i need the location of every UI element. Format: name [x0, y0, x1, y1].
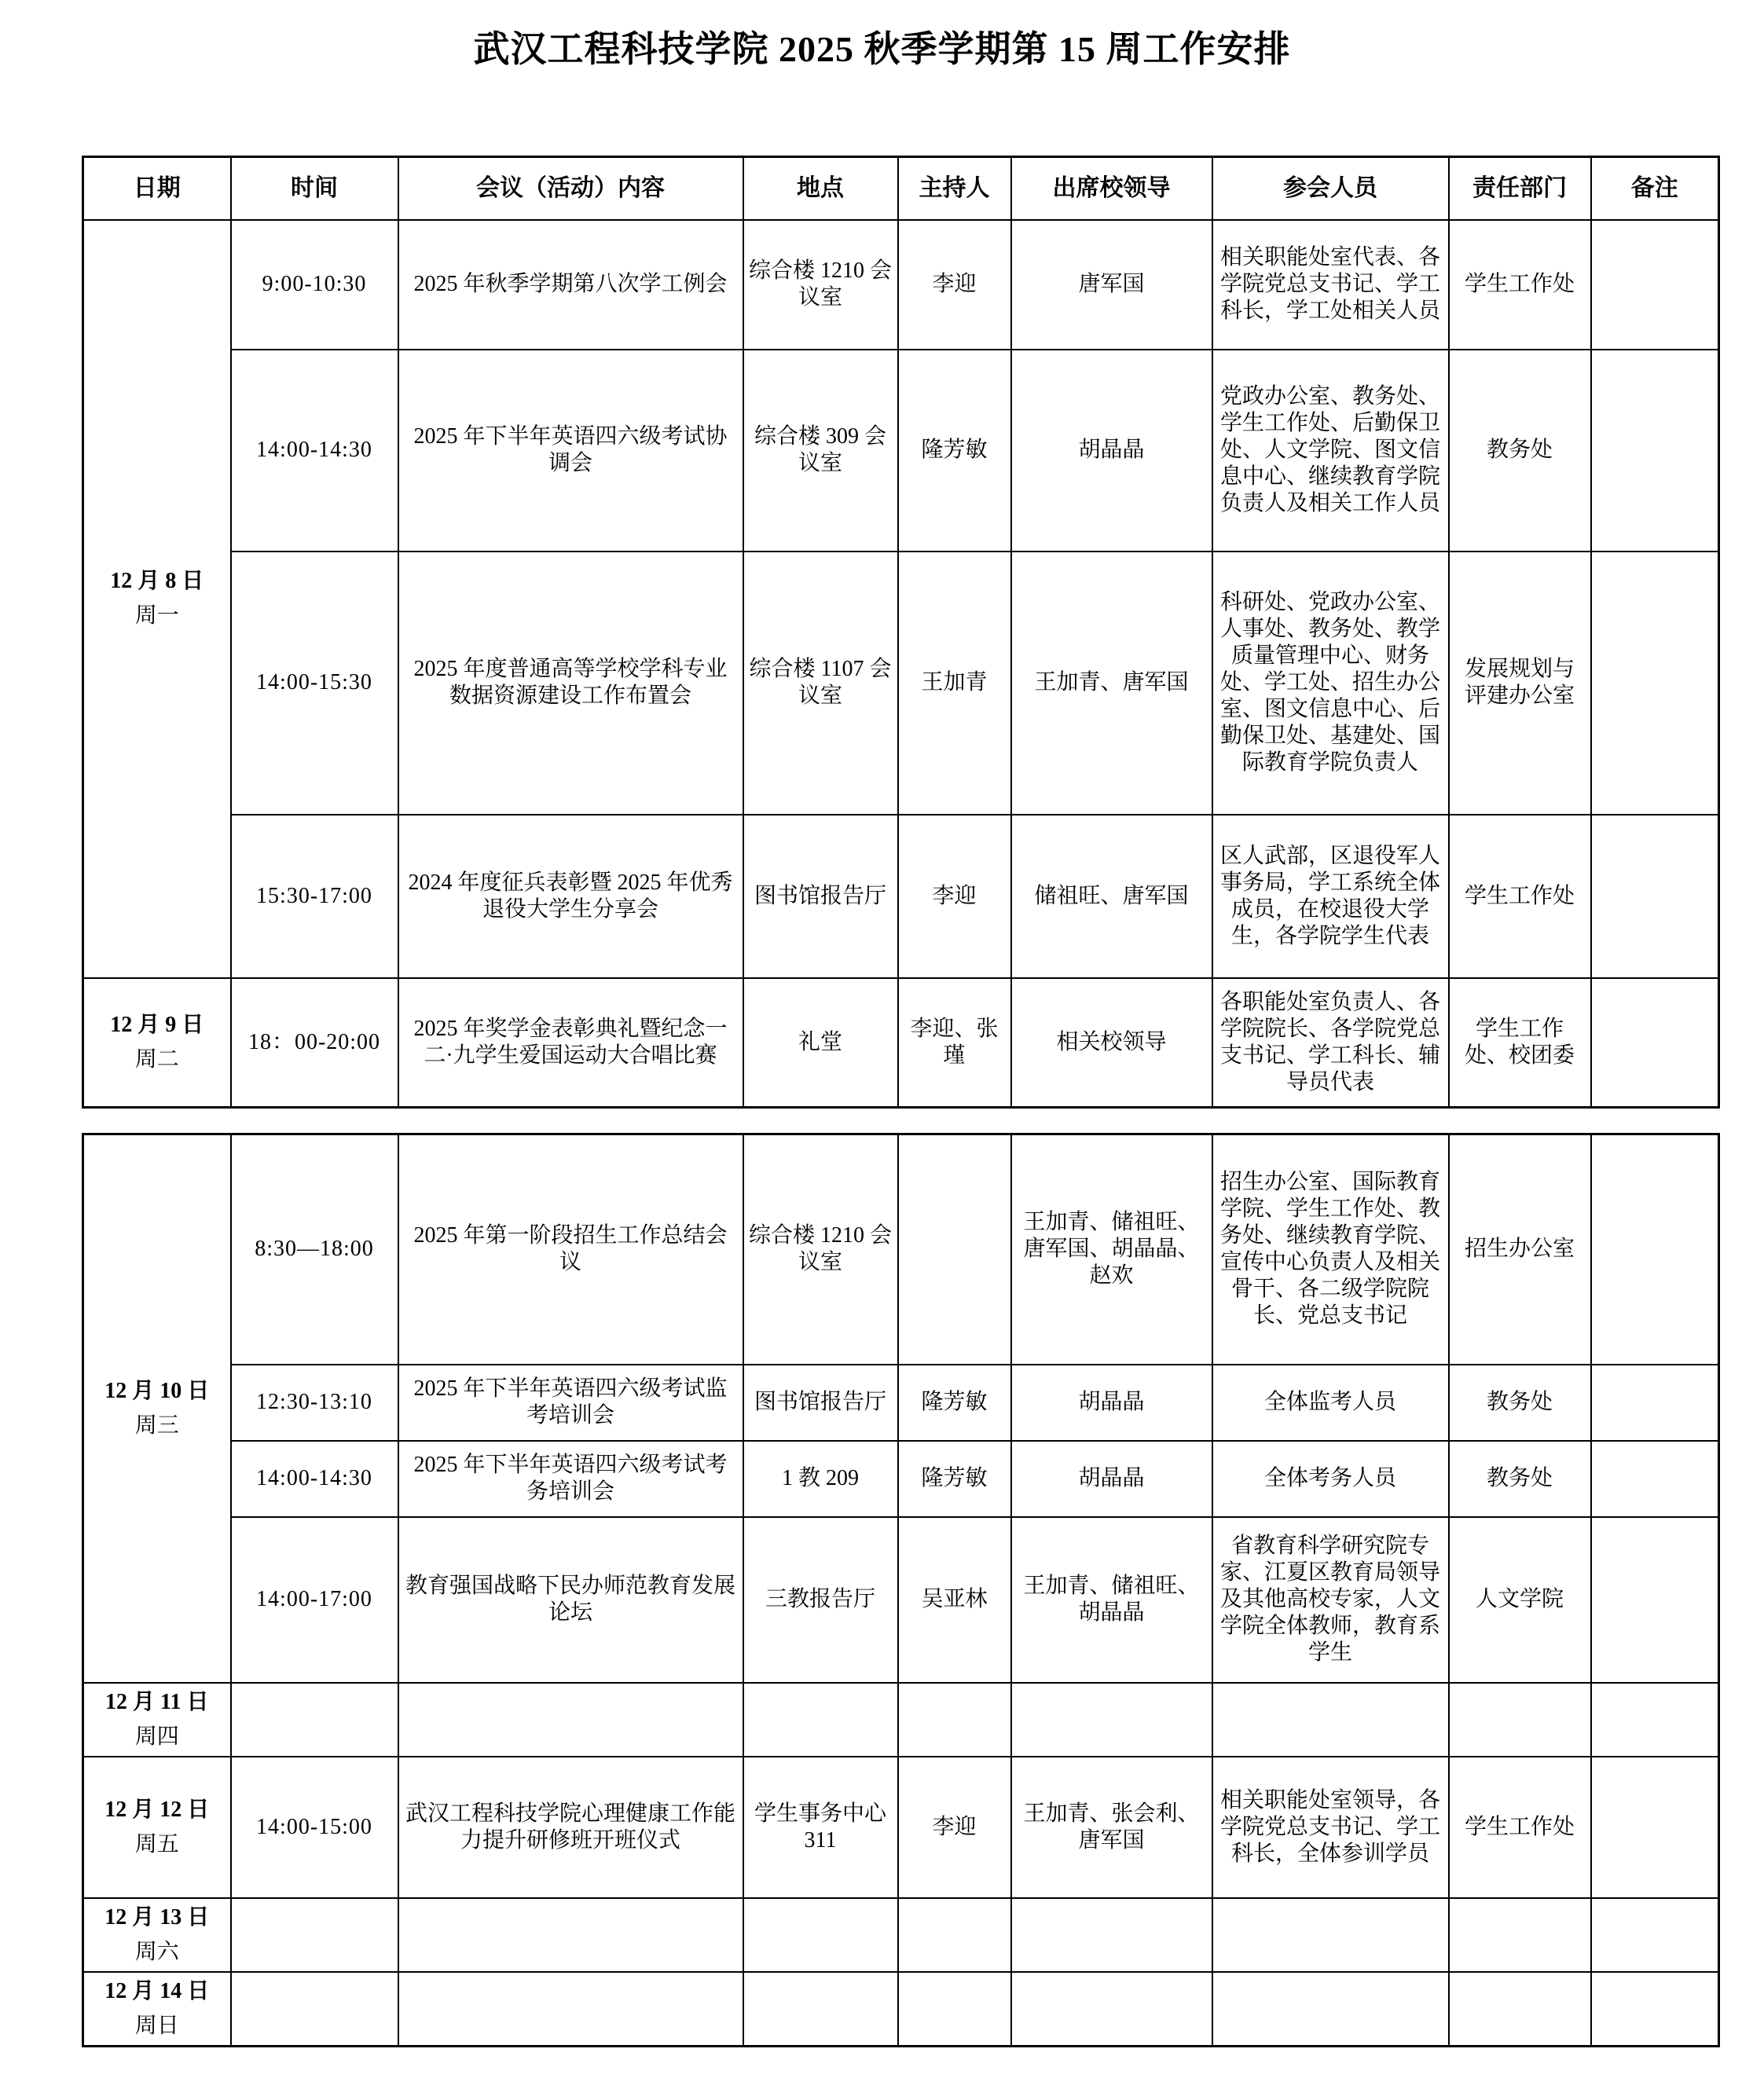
host-cell: 隆芳敏	[898, 350, 1011, 552]
content-cell	[398, 1972, 743, 2047]
header-row: 日期 时间 会议（活动）内容 地点 主持人 出席校领导 参会人员 责任部门 备注	[83, 157, 1719, 220]
date-text: 12 月 14 日	[89, 1974, 226, 2009]
host-cell	[898, 1898, 1011, 1972]
department-cell: 教务处	[1449, 1365, 1591, 1441]
table-row: 14:00-14:30 2025 年下半年英语四六级考试考务培训会 1 教 20…	[83, 1441, 1719, 1517]
content-cell: 教育强国战略下民办师范教育发展论坛	[398, 1517, 743, 1683]
department-cell: 发展规划与评建办公室	[1449, 552, 1591, 815]
leaders-cell: 王加青、储祖旺、唐军国、胡晶晶、赵欢	[1011, 1134, 1212, 1365]
weekday-text: 周四	[89, 1720, 226, 1754]
content-cell: 武汉工程科技学院心理健康工作能力提升研修班开班仪式	[398, 1757, 743, 1898]
weekday-text: 周日	[89, 2009, 226, 2043]
time-cell: 14:00-14:30	[231, 1441, 398, 1517]
table-row: 12 月 11 日 周四	[83, 1683, 1719, 1757]
table-row: 12 月 14 日 周日	[83, 1972, 1719, 2047]
department-cell: 学生工作处	[1449, 1757, 1591, 1898]
leaders-cell	[1011, 1972, 1212, 2047]
participants-cell: 区人武部，区退役军人事务局，学工系统全体成员，在校退役大学生，各学院学生代表	[1212, 815, 1449, 978]
host-cell: 李迎、张瑾	[898, 978, 1011, 1108]
leaders-cell: 胡晶晶	[1011, 1365, 1212, 1441]
department-cell: 教务处	[1449, 1441, 1591, 1517]
leaders-cell: 王加青、唐军国	[1011, 552, 1212, 815]
participants-cell: 党政办公室、教务处、学生工作处、后勤保卫处、人文学院、图文信息中心、继续教育学院…	[1212, 350, 1449, 552]
content-cell: 2025 年奖学金表彰典礼暨纪念一二·九学生爱国运动大合唱比赛	[398, 978, 743, 1108]
page-title: 武汉工程科技学院 2025 秋季学期第 15 周工作安排	[0, 20, 1764, 72]
weekday-text: 周六	[89, 1935, 226, 1970]
date-cell-dec13: 12 月 13 日 周六	[83, 1898, 231, 1972]
content-cell	[398, 1898, 743, 1972]
leaders-cell	[1011, 1898, 1212, 1972]
date-cell-dec9: 12 月 9 日 周二	[83, 978, 231, 1108]
date-text: 12 月 12 日	[89, 1793, 226, 1827]
date-text: 12 月 9 日	[89, 1008, 226, 1043]
department-cell: 招生办公室	[1449, 1134, 1591, 1365]
location-cell: 综合楼 1210 会议室	[743, 1134, 898, 1365]
date-text: 12 月 10 日	[89, 1374, 226, 1409]
location-cell: 三教报告厅	[743, 1517, 898, 1683]
host-cell	[898, 1683, 1011, 1757]
participants-cell	[1212, 1683, 1449, 1757]
note-cell	[1591, 1898, 1719, 1972]
col-header-participants: 参会人员	[1212, 157, 1449, 220]
table-row: 14:00-14:30 2025 年下半年英语四六级考试协调会 综合楼 309 …	[83, 350, 1719, 552]
leaders-cell: 王加青、张会利、唐军国	[1011, 1757, 1212, 1898]
host-cell: 吴亚林	[898, 1517, 1011, 1683]
time-cell: 12:30-13:10	[231, 1365, 398, 1441]
table-row: 12 月 13 日 周六	[83, 1898, 1719, 1972]
time-cell: 14:00-15:30	[231, 552, 398, 815]
host-cell: 李迎	[898, 1757, 1011, 1898]
date-text: 12 月 13 日	[89, 1900, 226, 1935]
location-cell: 综合楼 1210 会议室	[743, 220, 898, 350]
time-cell: 18：00-20:00	[231, 978, 398, 1108]
participants-cell	[1212, 1972, 1449, 2047]
weekday-text: 周三	[89, 1409, 226, 1443]
participants-cell	[1212, 1898, 1449, 1972]
department-cell: 学生工作处、校团委	[1449, 978, 1591, 1108]
time-cell: 14:00-14:30	[231, 350, 398, 552]
table-row: 12 月 9 日 周二 18：00-20:00 2025 年奖学金表彰典礼暨纪念…	[83, 978, 1719, 1108]
col-header-department: 责任部门	[1449, 157, 1591, 220]
leaders-cell: 唐军国	[1011, 220, 1212, 350]
location-cell: 礼堂	[743, 978, 898, 1108]
department-cell	[1449, 1898, 1591, 1972]
department-cell: 人文学院	[1449, 1517, 1591, 1683]
leaders-cell: 胡晶晶	[1011, 1441, 1212, 1517]
table-row: 14:00-15:30 2025 年度普通高等学校学科专业数据资源建设工作布置会…	[83, 552, 1719, 815]
department-cell: 教务处	[1449, 350, 1591, 552]
note-cell	[1591, 1683, 1719, 1757]
leaders-cell: 相关校领导	[1011, 978, 1212, 1108]
department-cell	[1449, 1972, 1591, 2047]
leaders-cell: 胡晶晶	[1011, 350, 1212, 552]
host-cell: 李迎	[898, 815, 1011, 978]
location-cell: 综合楼 1107 会议室	[743, 552, 898, 815]
note-cell	[1591, 815, 1719, 978]
table-row: 12 月 8 日 周一 9:00-10:30 2025 年秋季学期第八次学工例会…	[83, 220, 1719, 350]
location-cell: 图书馆报告厅	[743, 1365, 898, 1441]
content-cell: 2025 年下半年英语四六级考试监考培训会	[398, 1365, 743, 1441]
time-cell: 9:00-10:30	[231, 220, 398, 350]
note-cell	[1591, 552, 1719, 815]
date-text: 12 月 8 日	[89, 564, 226, 599]
content-cell: 2025 年度普通高等学校学科专业数据资源建设工作布置会	[398, 552, 743, 815]
participants-cell: 科研处、党政办公室、人事处、教务处、教学质量管理中心、财务处、学工处、招生办公室…	[1212, 552, 1449, 815]
date-cell-dec8: 12 月 8 日 周一	[83, 220, 231, 978]
host-cell	[898, 1134, 1011, 1365]
table-row: 15:30-17:00 2024 年度征兵表彰暨 2025 年优秀退役大学生分享…	[83, 815, 1719, 978]
col-header-host: 主持人	[898, 157, 1011, 220]
content-cell: 2025 年秋季学期第八次学工例会	[398, 220, 743, 350]
host-cell: 隆芳敏	[898, 1441, 1011, 1517]
time-cell	[231, 1972, 398, 2047]
department-cell: 学生工作处	[1449, 815, 1591, 978]
host-cell: 隆芳敏	[898, 1365, 1011, 1441]
department-cell	[1449, 1683, 1591, 1757]
col-header-note: 备注	[1591, 157, 1719, 220]
time-cell: 14:00-15:00	[231, 1757, 398, 1898]
col-header-leaders: 出席校领导	[1011, 157, 1212, 220]
host-cell: 王加青	[898, 552, 1011, 815]
note-cell	[1591, 1757, 1719, 1898]
note-cell	[1591, 1517, 1719, 1683]
participants-cell: 相关职能处室代表、各学院党总支书记、学工科长，学工处相关人员	[1212, 220, 1449, 350]
participants-cell: 招生办公室、国际教育学院、学生工作处、教务处、继续教育学院、宣传中心负责人及相关…	[1212, 1134, 1449, 1365]
participants-cell: 各职能处室负责人、各学院院长、各学院党总支书记、学工科长、辅导员代表	[1212, 978, 1449, 1108]
note-cell	[1591, 1972, 1719, 2047]
leaders-cell	[1011, 1683, 1212, 1757]
location-cell: 1 教 209	[743, 1441, 898, 1517]
content-cell	[398, 1683, 743, 1757]
note-cell	[1591, 350, 1719, 552]
location-cell: 综合楼 309 会议室	[743, 350, 898, 552]
date-cell-dec10: 12 月 10 日 周三	[83, 1134, 231, 1683]
participants-cell: 全体考务人员	[1212, 1441, 1449, 1517]
table-row: 14:00-17:00 教育强国战略下民办师范教育发展论坛 三教报告厅 吴亚林 …	[83, 1517, 1719, 1683]
time-cell	[231, 1898, 398, 1972]
time-cell: 14:00-17:00	[231, 1517, 398, 1683]
table-row: 12:30-13:10 2025 年下半年英语四六级考试监考培训会 图书馆报告厅…	[83, 1365, 1719, 1441]
col-header-location: 地点	[743, 157, 898, 220]
date-cell-dec11: 12 月 11 日 周四	[83, 1683, 231, 1757]
location-cell: 学生事务中心 311	[743, 1757, 898, 1898]
weekday-text: 周二	[89, 1043, 226, 1077]
location-cell	[743, 1898, 898, 1972]
schedule-table-week-part1: 日期 时间 会议（活动）内容 地点 主持人 出席校领导 参会人员 责任部门 备注…	[82, 156, 1720, 1109]
note-cell	[1591, 1365, 1719, 1441]
table-row: 12 月 10 日 周三 8:30—18:00 2025 年第一阶段招生工作总结…	[83, 1134, 1719, 1365]
note-cell	[1591, 1134, 1719, 1365]
location-cell: 图书馆报告厅	[743, 815, 898, 978]
date-cell-dec14: 12 月 14 日 周日	[83, 1972, 231, 2047]
schedule-table-week-part2: 12 月 10 日 周三 8:30—18:00 2025 年第一阶段招生工作总结…	[82, 1133, 1720, 2047]
col-header-content: 会议（活动）内容	[398, 157, 743, 220]
location-cell	[743, 1972, 898, 2047]
date-cell-dec12: 12 月 12 日 周五	[83, 1757, 231, 1898]
content-cell: 2024 年度征兵表彰暨 2025 年优秀退役大学生分享会	[398, 815, 743, 978]
table-row: 12 月 12 日 周五 14:00-15:00 武汉工程科技学院心理健康工作能…	[83, 1757, 1719, 1898]
time-cell	[231, 1683, 398, 1757]
col-header-time: 时间	[231, 157, 398, 220]
date-text: 12 月 11 日	[89, 1685, 226, 1720]
time-cell: 15:30-17:00	[231, 815, 398, 978]
content-cell: 2025 年下半年英语四六级考试考务培训会	[398, 1441, 743, 1517]
content-cell: 2025 年下半年英语四六级考试协调会	[398, 350, 743, 552]
note-cell	[1591, 1441, 1719, 1517]
note-cell	[1591, 978, 1719, 1108]
host-cell: 李迎	[898, 220, 1011, 350]
content-cell: 2025 年第一阶段招生工作总结会议	[398, 1134, 743, 1365]
col-header-date: 日期	[83, 157, 231, 220]
department-cell: 学生工作处	[1449, 220, 1591, 350]
participants-cell: 省教育科学研究院专家、江夏区教育局领导及其他高校专家，人文学院全体教师，教育系学…	[1212, 1517, 1449, 1683]
leaders-cell: 储祖旺、唐军国	[1011, 815, 1212, 978]
participants-cell: 相关职能处室领导，各学院党总支书记、学工科长，全体参训学员	[1212, 1757, 1449, 1898]
weekday-text: 周一	[89, 599, 226, 633]
location-cell	[743, 1683, 898, 1757]
time-cell: 8:30—18:00	[231, 1134, 398, 1365]
leaders-cell: 王加青、储祖旺、胡晶晶	[1011, 1517, 1212, 1683]
host-cell	[898, 1972, 1011, 2047]
note-cell	[1591, 220, 1719, 350]
weekday-text: 周五	[89, 1827, 226, 1862]
participants-cell: 全体监考人员	[1212, 1365, 1449, 1441]
